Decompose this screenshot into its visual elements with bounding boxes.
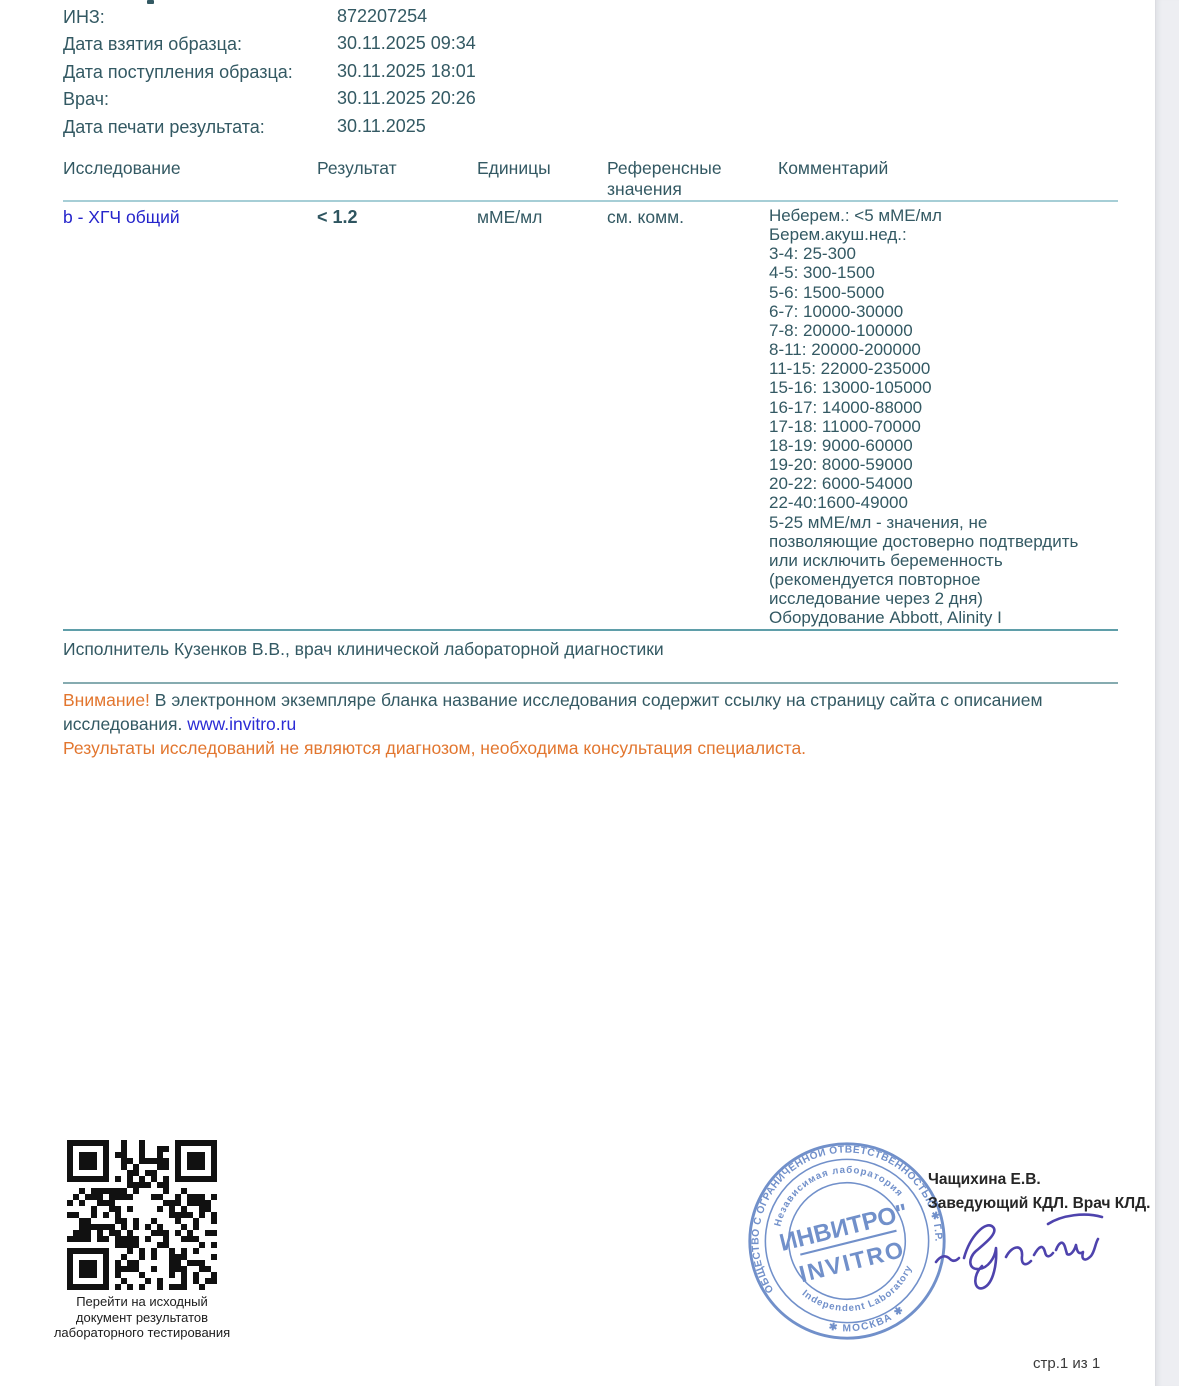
notice-block: Внимание! В электронном экземпляре бланк… <box>63 688 1048 737</box>
info-label: Врач: <box>63 86 337 113</box>
test-name-link[interactable]: b - ХГЧ общий <box>63 207 180 227</box>
col-header-comment: Комментарий <box>778 158 888 179</box>
comment-line: 3-4: 25-300 <box>769 244 1141 263</box>
info-value: 30.11.2025 18:01 <box>337 58 476 85</box>
comment-line: 5-6: 1500-5000 <box>769 283 1141 302</box>
signature <box>930 1200 1110 1305</box>
invitro-link[interactable]: www.invitro.ru <box>187 714 296 734</box>
info-value: 872207254 <box>337 3 427 30</box>
comment-line: 4-5: 300-1500 <box>769 263 1141 282</box>
comment-line: Неберем.: <5 мМЕ/мл <box>769 206 1141 225</box>
qr-caption-line: лабораторного тестирования <box>22 1325 262 1341</box>
info-row: Дата взятия образца: 30.11.2025 09:34 <box>63 31 963 58</box>
comment-line: 7-8: 20000-100000 <box>769 321 1141 340</box>
comment-block: Неберем.: <5 мМЕ/мл Берем.акуш.нед.: 3-4… <box>769 206 1141 627</box>
comment-line: Оборудование Abbott, Alinity I <box>769 608 1141 627</box>
info-label: Дата поступления образца: <box>63 59 337 86</box>
comment-line: 20-22: 6000-54000 <box>769 474 1141 493</box>
col-header-test: Исследование <box>63 158 181 179</box>
viewer-page-edge <box>1155 0 1179 1386</box>
col-header-result: Результат <box>317 158 397 179</box>
comment-line: 5-25 мМЕ/мл - значения, не <box>769 513 1141 532</box>
info-value: 30.11.2025 20:26 <box>337 85 476 112</box>
disclaimer-text: Результаты исследований не являются диаг… <box>63 736 1063 760</box>
col-header-units: Единицы <box>477 158 551 179</box>
comment-line: 11-15: 22000-235000 <box>769 359 1141 378</box>
qr-caption-line: Перейти на исходный <box>22 1294 262 1310</box>
comment-line: 8-11: 20000-200000 <box>769 340 1141 359</box>
comment-line: Берем.акуш.нед.: <box>769 225 1141 244</box>
comment-line: 19-20: 8000-59000 <box>769 455 1141 474</box>
info-block: ИНЗ: 872207254 Дата взятия образца: 30.1… <box>63 4 963 141</box>
info-value: 30.11.2025 09:34 <box>337 30 476 57</box>
qr-caption-line: документ результатов <box>22 1310 262 1326</box>
comment-line: 17-18: 11000-70000 <box>769 417 1141 436</box>
comment-line: 6-7: 10000-30000 <box>769 302 1141 321</box>
warning-label: Внимание! <box>63 690 150 710</box>
executor-line: Исполнитель Кузенков В.В., врач клиничес… <box>63 639 664 660</box>
qr-code-image[interactable] <box>67 1140 217 1290</box>
page-number: стр.1 из 1 <box>1033 1355 1100 1372</box>
comment-line: позволяющие достоверно подтвердить <box>769 532 1141 551</box>
comment-line: 15-16: 13000-105000 <box>769 378 1141 397</box>
comment-line: 22-40:1600-49000 <box>769 493 1141 512</box>
info-row: ИНЗ: 872207254 <box>63 4 963 31</box>
info-row: Врач: 30.11.2025 20:26 <box>63 86 963 113</box>
comment-line: 16-17: 14000-88000 <box>769 398 1141 417</box>
signatory-name: Чащихина Е.В. <box>928 1168 1150 1192</box>
reference-value: см. комм. <box>607 207 684 227</box>
comment-line: (рекомендуется повторное <box>769 570 1141 589</box>
info-label: Дата печати результата: <box>63 114 337 141</box>
lab-report-page: ИНЗ: 872207254 Дата взятия образца: 30.1… <box>0 0 1179 1386</box>
info-label: Дата взятия образца: <box>63 31 337 58</box>
qr-code[interactable] <box>67 1140 217 1295</box>
info-value: 30.11.2025 <box>337 113 426 140</box>
comment-line: 18-19: 9000-60000 <box>769 436 1141 455</box>
info-row: Дата печати результата: 30.11.2025 <box>63 114 963 141</box>
invitro-stamp: ОБЩЕСТВО С ОГРАНИЧЕННОЙ ОТВЕТСТВЕННОСТЬЮ… <box>744 1138 950 1344</box>
table-header-divider <box>63 200 1118 202</box>
qr-caption: Перейти на исходный документ результатов… <box>22 1294 262 1341</box>
units-value: мМЕ/мл <box>477 207 542 227</box>
info-label: ИНЗ: <box>63 4 337 31</box>
comment-line: исследование через 2 дня) <box>769 589 1141 608</box>
col-header-reference: Референсные значения <box>607 158 739 200</box>
notice-divider <box>63 682 1118 684</box>
comment-line: или исключить беременность <box>769 551 1141 570</box>
result-value: < 1.2 <box>317 207 358 227</box>
table-bottom-divider <box>63 629 1118 631</box>
info-row: Дата поступления образца: 30.11.2025 18:… <box>63 59 963 86</box>
